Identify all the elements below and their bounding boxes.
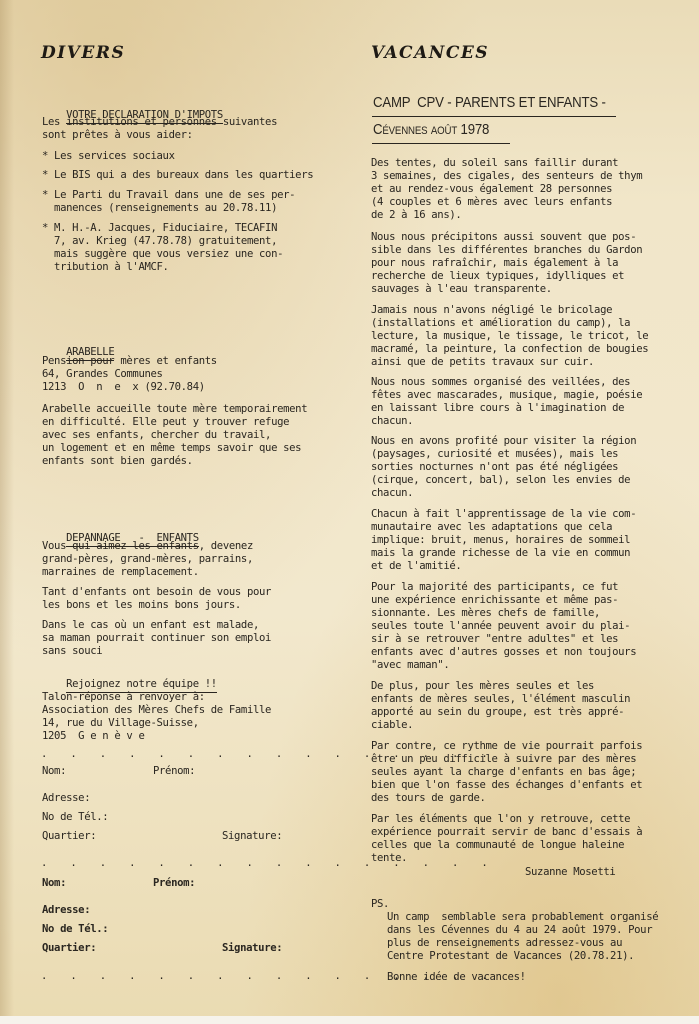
page-bottom-edge (0, 1016, 699, 1024)
arabelle-address: Pension pour mères et enfants 64, Grande… (42, 355, 217, 394)
article-paragraph: Par contre, ce rythme de vie pourrait pa… (371, 740, 642, 805)
form2-nom-label: Nom: (42, 877, 66, 890)
title-underline (372, 116, 616, 117)
depannage-paragraph: Tant d'enfants ont besoin de vous pour l… (42, 586, 271, 612)
closing-line: Bonne idée de vacances! (387, 971, 526, 984)
form2-tel-label: No de Tél.: (42, 923, 108, 936)
article-paragraph: De plus, pour les mères seules et les en… (371, 680, 630, 732)
form1-prenom-label: Prénom: (153, 765, 195, 778)
talon-address: Talon-réponse à renvoyer à: Association … (42, 691, 271, 743)
form2-quartier-label: Quartier: (42, 942, 96, 955)
form1-adresse-label: Adresse: (42, 792, 90, 805)
article-paragraph: Pour la majorité des participants, ce fu… (371, 581, 636, 672)
form2-signature-label: Signature: (222, 942, 282, 955)
form1-tel-label: No de Tél.: (42, 811, 108, 824)
impots-item: * Les services sociaux (42, 150, 175, 163)
arabelle-body: Arabelle accueille toute mère temporaire… (42, 403, 307, 468)
impots-item: * Le BIS qui a des bureaux dans les quar… (42, 169, 313, 182)
article-paragraph: Nous nous sommes organisé des veillées, … (371, 376, 642, 428)
impots-item: * Le Parti du Travail dans une de ses pe… (42, 189, 295, 215)
form1-signature-label: Signature: (222, 830, 282, 843)
article-paragraph: Des tentes, du soleil sans faillir duran… (371, 157, 642, 222)
impots-intro: Les institutions et personnes suivantes … (42, 116, 277, 142)
form1-quartier-label: Quartier: (42, 830, 96, 843)
ps-label: PS. (371, 898, 389, 911)
article-paragraph: Par les éléments que l'on y retrouve, ce… (371, 813, 642, 865)
camp-title: CAMP CPV - PARENTS ET ENFANTS - (373, 94, 606, 111)
depannage-paragraph: Dans le cas où un enfant est malade, sa … (42, 619, 271, 658)
author-signature: Suzanne Mosetti (525, 866, 615, 879)
article-paragraph: Nous nous précipitons aussi souvent que … (371, 231, 642, 296)
section-title-divers: DIVERS (41, 43, 125, 63)
form2-prenom-label: Prénom: (153, 877, 195, 890)
impots-item: * M. H.-A. Jacques, Fiduciaire, TECAFIN … (42, 222, 283, 274)
ps-text: Un camp semblable sera probablement orga… (387, 911, 658, 963)
depannage-paragraph: Vous qui aimez les enfants, devenez gran… (42, 540, 253, 579)
section-title-vacances: VACANCES (371, 43, 489, 63)
form1-nom-label: Nom: (42, 765, 66, 778)
article-paragraph: Jamais nous n'avons négligé le bricolage… (371, 304, 648, 369)
camp-subtitle: Cévennes août 1978 (373, 121, 489, 138)
subtitle-underline (372, 143, 510, 144)
article-paragraph: Nous en avons profité pour visiter la ré… (371, 435, 636, 500)
form2-adresse-label: Adresse: (42, 904, 90, 917)
article-paragraph: Chacun à fait l'apprentissage de la vie … (371, 508, 636, 573)
